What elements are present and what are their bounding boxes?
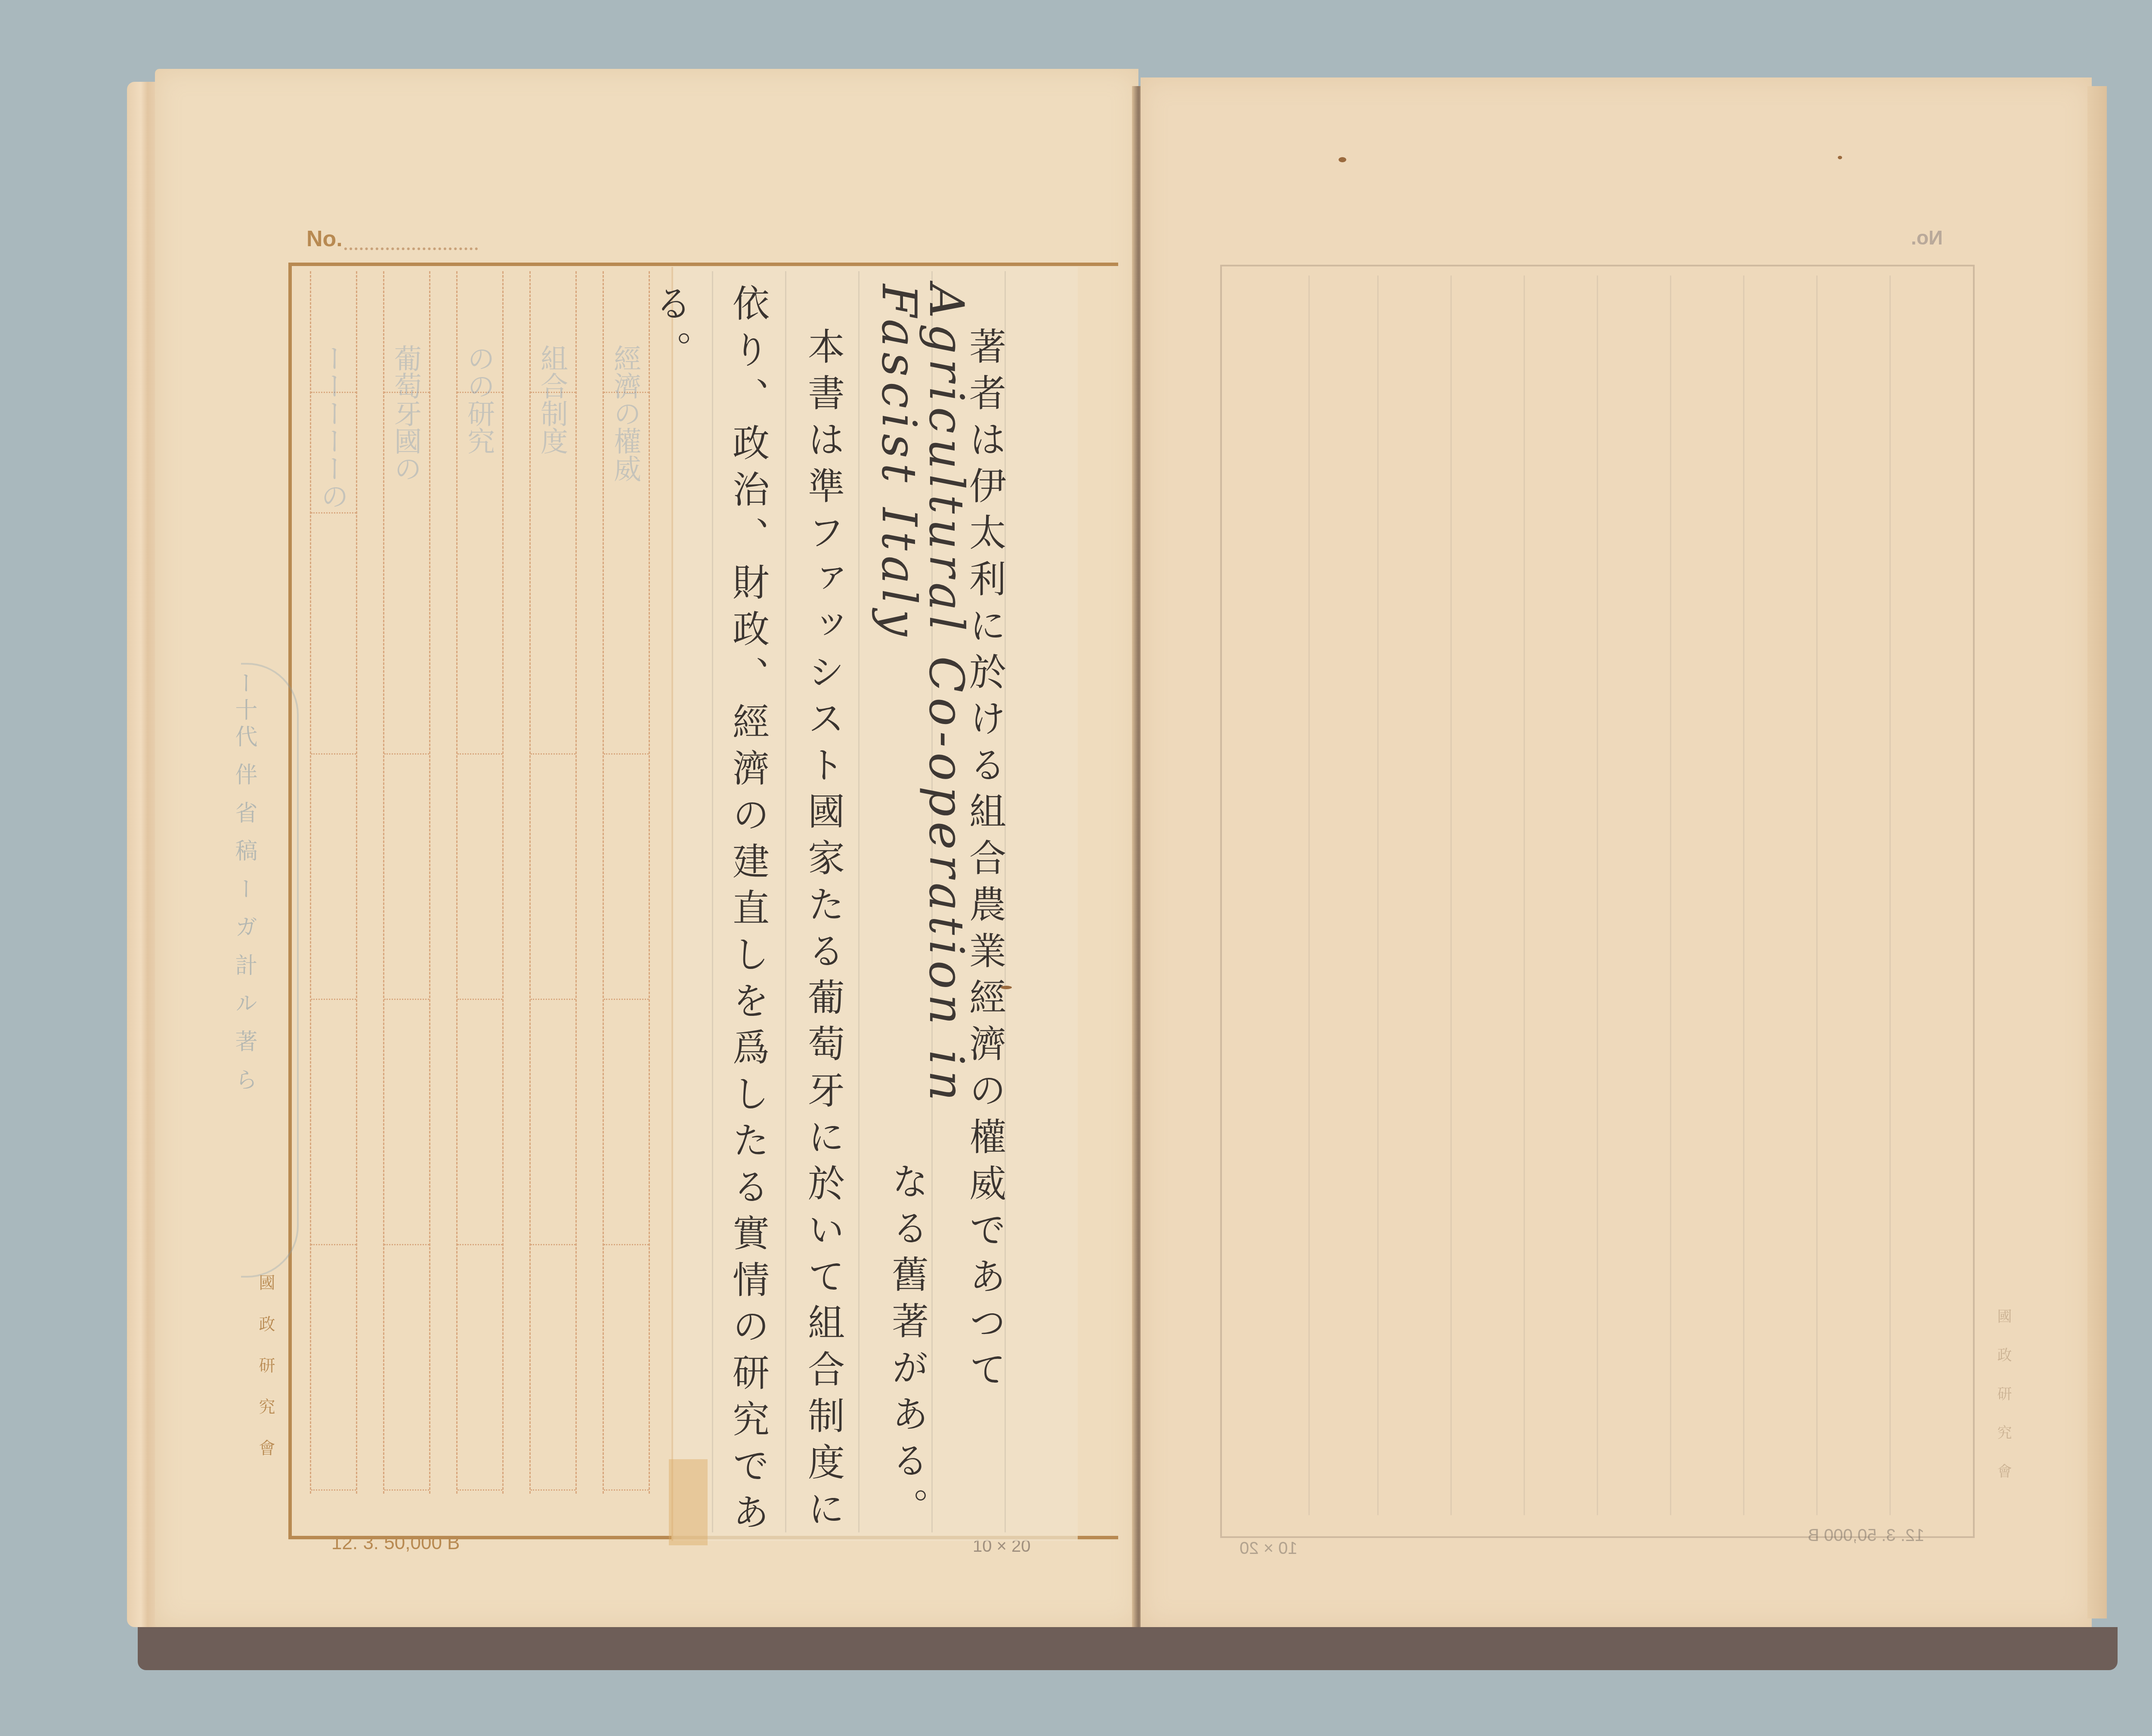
grid-column [456,271,504,1494]
margin-pencil-note: ー十代 伴 省 稿 ー ガ 計 ル 著 ら [228,672,260,1095]
mirrored-grid-line [1524,275,1525,1515]
paper-stain [1838,156,1842,159]
mirrored-page-number-label: No. [1911,226,1943,249]
text-column-3: 本書は準ファッシスト國家たる葡萄牙に於いて組合制度に [804,327,841,1536]
text-column-2b: なる舊著がある。 [888,1162,925,1534]
page-number-field [344,248,478,250]
bleed-through-writing: のの研究 [465,344,492,455]
bleed-through-writing: ーーーーーの [318,344,346,510]
mirrored-grid-line [1450,275,1452,1515]
bleed-through-writing: 葡萄牙國の [392,344,419,482]
mirrored-grid-line [1308,275,1310,1515]
mirrored-grid-line [1889,275,1891,1515]
text-column-4: 依り、政治、財政、經濟の建直しを爲したる實情の研究であ [729,284,766,1539]
paper-stain [1001,986,1012,989]
mirrored-grid-line [1743,275,1744,1515]
page-stack-edge-right [2087,86,2107,1618]
publisher-name: 國政研究會 [254,1274,278,1481]
print-code: 12. 3. 50,000 B [331,1532,460,1554]
mirrored-grid-line [1670,275,1671,1515]
mirrored-grid-line [1377,275,1379,1515]
book-shadow [138,1627,2118,1670]
tracing-paper-overlay: 著者は伊太利に於ける組合農業經濟の權威であつて Agricultural Co-… [671,267,1078,1541]
text-column-5: る。 [652,284,689,377]
mirrored-print-code: 12. 3. 50,000 B [1808,1526,1924,1545]
mirrored-publisher: 國政研究會 [1993,1309,2014,1502]
bleed-through-writing: 組合制度 [538,344,566,455]
mirrored-grid-line [1597,275,1598,1515]
english-book-title: Agricultural Co-operation in Fascist Ita… [875,284,970,1145]
paper-stain [1339,157,1346,162]
mirrored-grid-line [1816,275,1818,1515]
mirrored-grid-size: 10 × 20 [1240,1539,1298,1558]
bleed-through-writing: 經濟の權威 [611,344,639,482]
grid-column [529,271,577,1494]
page-number-label: No. [306,226,343,252]
